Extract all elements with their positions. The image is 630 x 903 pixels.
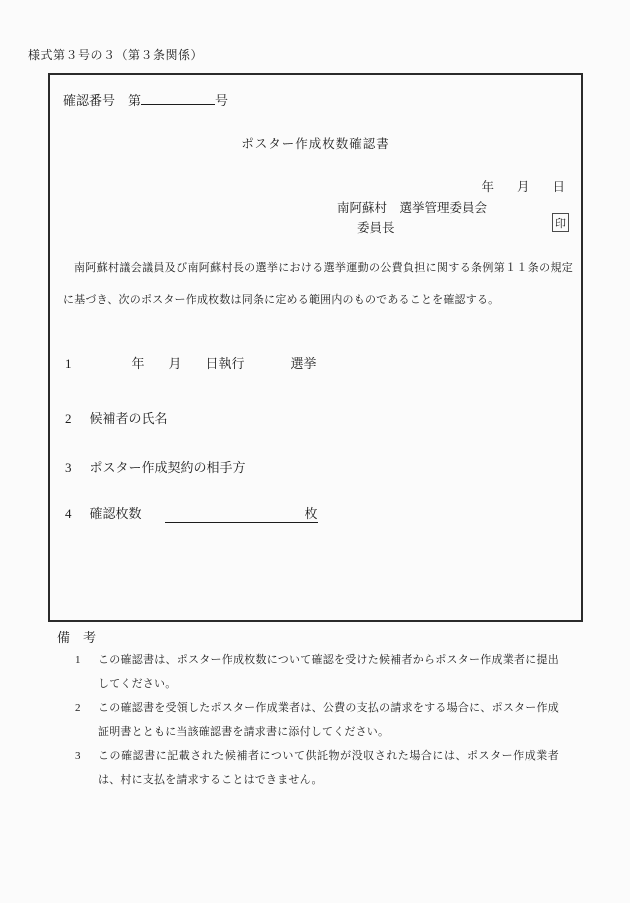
remarks-note-1-text: この確認書は、ポスター作成枚数について確認を受けた候補者からポスター作成業者に提…: [98, 649, 559, 696]
remarks-note-3: 3 この確認書に記載された候補者について供託物が没収された場合には、ポスター作成…: [75, 745, 567, 792]
count-unit-label: 枚: [305, 506, 318, 521]
item-4-number: 4: [65, 506, 72, 521]
remarks-note-2: 2 この確認書を受領したポスター作成業者は、公費の支払の請求をする場合に、ポスタ…: [75, 697, 567, 744]
remarks-note-3-number: 3: [75, 745, 98, 769]
remarks-notes: 1 この確認書は、ポスター作成枚数について確認を受けた候補者からポスター作成業者…: [75, 649, 567, 793]
remarks-note-2-text: この確認書を受領したポスター作成業者は、公費の支払の請求をする場合に、ポスター作…: [98, 697, 559, 744]
item-2-label: 候補者の氏名: [90, 411, 168, 426]
confirmation-number-suffix: 号: [215, 93, 228, 108]
date-month-label: 月: [517, 180, 530, 194]
item-candidate-name: 2候補者の氏名: [65, 408, 168, 427]
item-4-label: 確認枚数: [90, 506, 142, 521]
item-1-day-exec-label: 日執行: [206, 356, 245, 371]
item-confirmed-count: 4確認枚数枚: [65, 503, 318, 523]
count-blank-line: 枚: [165, 503, 318, 523]
item-3-label: ポスター作成契約の相手方: [90, 460, 246, 475]
item-1-election-label: 選挙: [291, 356, 317, 371]
confirmation-number-label: 確認番号: [63, 93, 115, 108]
remarks-note-1: 1 この確認書は、ポスター作成枚数について確認を受けた候補者からポスター作成業者…: [75, 649, 567, 696]
confirmation-number-blank: [141, 92, 215, 105]
confirmation-number-prefix: 第: [128, 93, 141, 108]
seal-character: 印: [555, 215, 566, 231]
item-2-number: 2: [65, 411, 72, 426]
date-line: 年月日: [481, 177, 565, 195]
remarks-note-3-text: この確認書に記載された候補者について供託物が没収された場合には、ポスター作成業者…: [98, 745, 559, 792]
date-day-label: 日: [552, 180, 565, 194]
committee-name: 南阿蘇村 選挙管理委員会: [337, 198, 487, 216]
item-1-number: 1: [65, 356, 72, 371]
count-blank: [165, 505, 305, 518]
body-paragraph: 南阿蘇村議会議員及び南阿蘇村長の選挙における選挙運動の公費負担に関する条例第１１…: [63, 252, 573, 316]
item-1-month-label: 月: [169, 356, 182, 371]
date-year-label: 年: [481, 180, 494, 194]
remarks-note-2-number: 2: [75, 697, 98, 721]
seal-box: 印: [552, 213, 569, 232]
remarks-header: 備 考: [57, 627, 96, 646]
document-title: ポスター作成枚数確認書: [50, 134, 581, 152]
form-number-label: 様式第３号の３（第３条関係）: [28, 46, 203, 63]
remarks-note-1-number: 1: [75, 649, 98, 673]
item-contract-party: 3ポスター作成契約の相手方: [65, 457, 246, 476]
document-page: 様式第３号の３（第３条関係） 確認番号第号 ポスター作成枚数確認書 年月日 南阿…: [0, 0, 630, 903]
item-election-date: 1年月日執行選挙: [65, 353, 317, 372]
confirmation-form-box: 確認番号第号 ポスター作成枚数確認書 年月日 南阿蘇村 選挙管理委員会 委員長 …: [48, 73, 583, 622]
item-1-year-label: 年: [132, 356, 145, 371]
item-3-number: 3: [65, 460, 72, 475]
chairman-label: 委員長: [357, 218, 395, 236]
confirmation-number-line: 確認番号第号: [63, 90, 228, 109]
